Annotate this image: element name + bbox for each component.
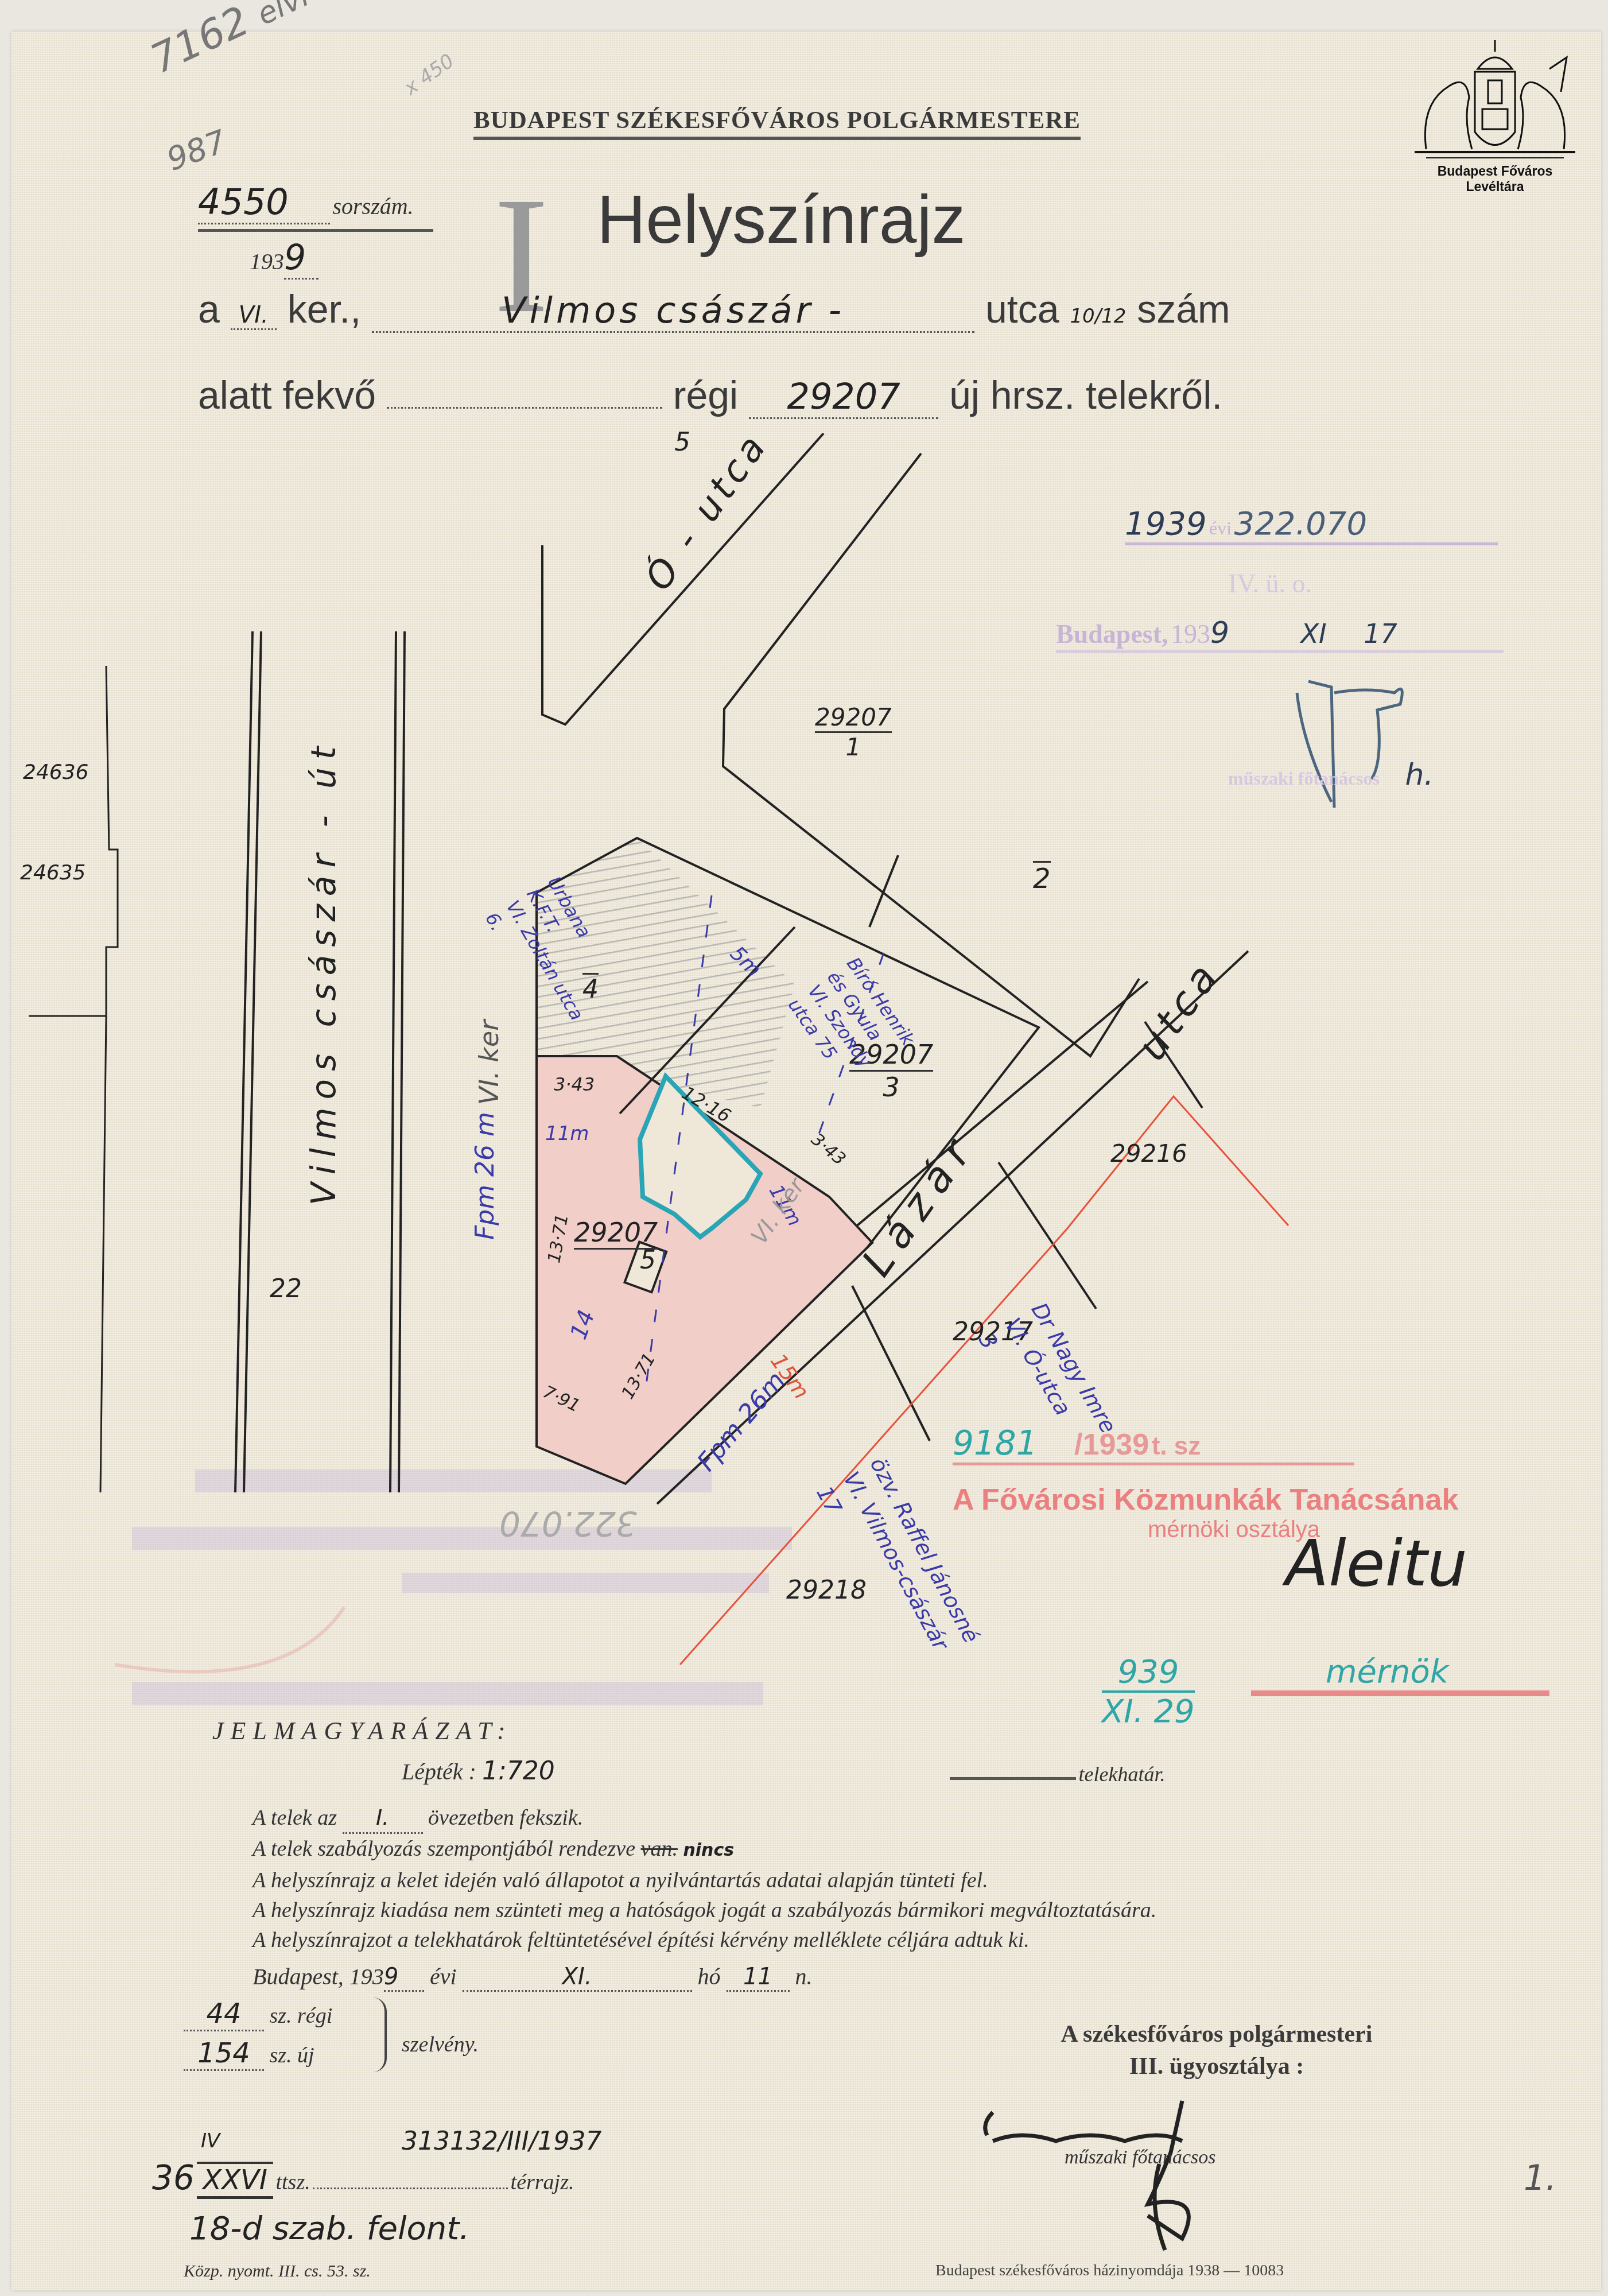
lot-label-24636: 24636: [23, 761, 89, 784]
boundary-line-sample: [950, 1777, 1076, 1780]
dim-11m-left: 11m: [545, 1122, 589, 1145]
sheet-old-number: 44: [184, 1998, 264, 2031]
regulation-note: 18-d szab. felont.: [189, 2210, 469, 2247]
legend-note-1: A helyszínrajz a kelet idején való állap…: [253, 1865, 1156, 1895]
street-number-22: 22: [270, 1274, 302, 1304]
ttsz-prefix: 36: [152, 2158, 195, 2197]
dim-3-43-left: 3·43: [554, 1073, 595, 1095]
regulation-value: nincs: [683, 1840, 734, 1860]
lot-label-2: 2: [1033, 861, 1051, 895]
vi-ker-left-pencil: VI. ker: [473, 1020, 504, 1105]
lot-label-29207-1: 292071: [815, 703, 892, 761]
date-year: 9: [384, 1964, 424, 1992]
lot-label-5-box: 5: [640, 1246, 656, 1275]
ttsz-reference: 313132/III/1937: [402, 2127, 602, 2156]
date-line: Budapest, 1939 évi XI. hó 11 n.: [253, 1963, 813, 1992]
sheet-refs: 44 sz. régi 154 sz. új szelvény.: [184, 1998, 332, 2071]
kozmunka-signature: Aleitu: [1285, 1527, 1467, 1600]
scale-value: 1:720: [482, 1756, 555, 1786]
kozmunka-role: mérnök: [1326, 1653, 1448, 1690]
fpm-left-annotation: Fpm 26 m: [471, 1112, 500, 1240]
date-month: XI.: [463, 1964, 692, 1992]
signature-title: műszaki főtanácsos: [1065, 2147, 1216, 2169]
ttsz-line: 36 XXVI ttsz. térrajz.: [152, 2158, 574, 2197]
legend-scale: Lépték : 1:720: [402, 1756, 555, 1786]
sheet-group-label: szelvény.: [402, 2032, 479, 2057]
signature-line-2: III. ügyosztálya :: [999, 2053, 1435, 2080]
back-bleed-stamp: [115, 1469, 792, 1705]
struck-value: van.: [641, 1837, 678, 1861]
zone-value: I.: [343, 1802, 423, 1834]
handwritten-year-note: 939 XI. 29: [1102, 1653, 1195, 1730]
lot-24635-boundary: [100, 1016, 106, 1492]
zone-line: A telek az I. övezetben fekszik.: [253, 1802, 1156, 1834]
kozmunka-ref-suffix: t. sz: [1152, 1432, 1201, 1460]
kozmunka-ref-year: /1939: [1074, 1428, 1149, 1461]
sheet-roman-top: IV: [201, 2130, 220, 2152]
legend-note-2: A helyszínrajz kiadása nem szünteti meg …: [253, 1895, 1156, 1925]
scale-label: Lépték :: [402, 1759, 476, 1785]
back-bleed-number: 322.070: [499, 1504, 637, 1543]
footer-right: Budapest székesfőváros házinyomdája 1938…: [935, 2262, 1284, 2280]
regulation-line-text: A telek szabályozás szempontjából rendez…: [253, 1834, 1156, 1865]
date-day: 11: [727, 1964, 790, 1992]
signature-block: A székesfőváros polgármesteri III. ügyos…: [999, 2020, 1435, 2080]
kozmunka-stamp: 9181 /1939 t. sz A Fővárosi Közmunkák Ta…: [953, 1424, 1555, 1543]
boundary-label: telekhatár.: [1078, 1763, 1165, 1786]
lot-24636-boundary: [29, 666, 118, 1016]
lot-label-29216: 29216: [1110, 1139, 1187, 1168]
legend-boundary: telekhatár.: [950, 1762, 1165, 1786]
signature-line-1: A székesfőváros polgármesteri: [999, 2020, 1435, 2048]
legend-title: JELMAGYARÁZAT:: [212, 1716, 512, 1746]
ttsz-roman: XXVI: [197, 2162, 273, 2199]
kozmunka-ref-number: 9181: [953, 1424, 1038, 1463]
lot-label-24635: 24635: [20, 861, 86, 885]
street-label-vilmos: Vilmos császár - út: [304, 738, 343, 1205]
sheet-new-number: 154: [184, 2037, 264, 2071]
kozmunka-line1: A Fővárosi Közmunkák Tanácsának: [953, 1483, 1555, 1517]
chief-signature: [976, 2089, 1297, 2262]
footer-left: Közp. nyomt. III. cs. 53. sz.: [184, 2262, 371, 2281]
legend-notes: A telek az I. övezetben fekszik. A telek…: [253, 1802, 1156, 1955]
lot-label-top-5: 5: [674, 428, 690, 457]
lot-label-29207-5: 29207: [574, 1217, 658, 1250]
page-mark: 1.: [1524, 2158, 1556, 2198]
legend-note-3: A helyszínrajzot a telekhatárok feltünte…: [253, 1925, 1156, 1955]
